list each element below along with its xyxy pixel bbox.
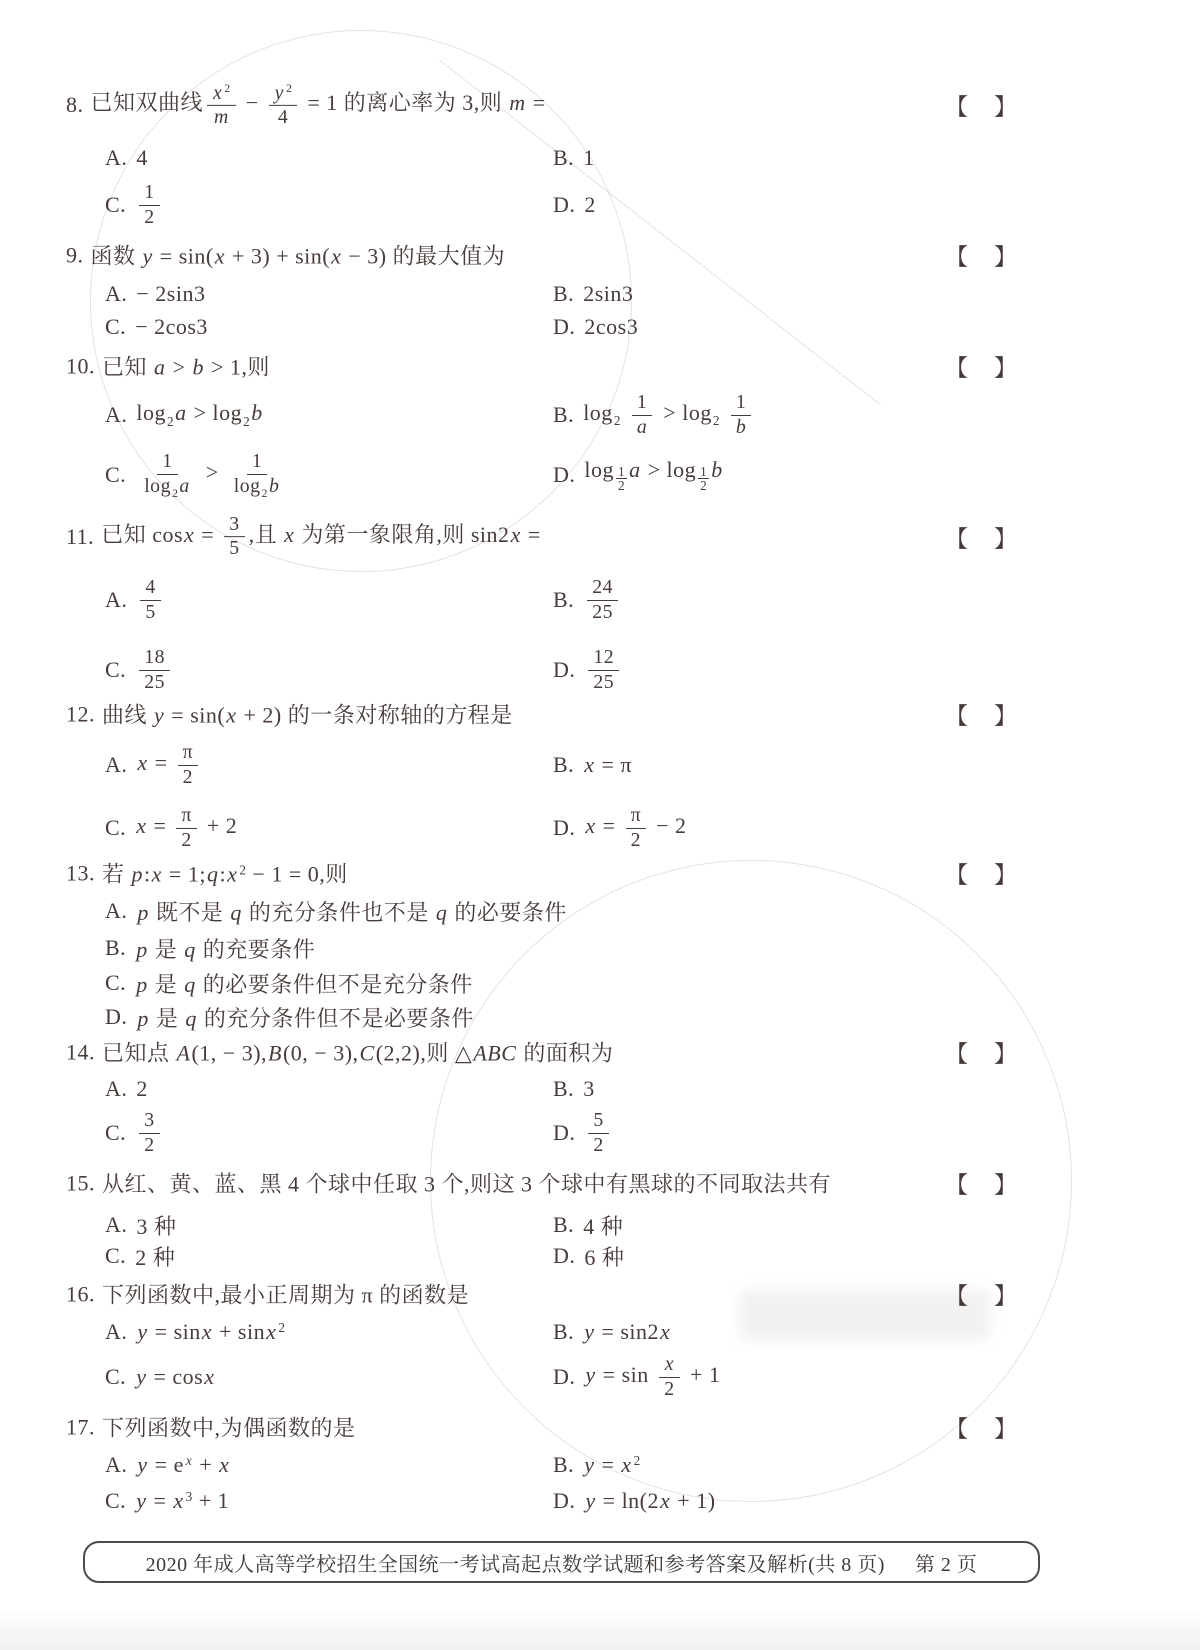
option-label: C. [105, 1364, 126, 1390]
question-10: 10.已知 a > b > 1,则【】 [0, 351, 1200, 381]
option-label: B. [553, 752, 574, 778]
question-8-option-a: A.4 [105, 145, 148, 171]
question-17-option-row: C.y = x3 + 1D.y = ln(2x + 1) [0, 1488, 1200, 1514]
question-15-option-c: C.2 种 [105, 1243, 175, 1269]
option-content: y = sin x2 + 1 [584, 1353, 720, 1401]
option-label: B. [553, 145, 574, 171]
option-content: 2425 [583, 576, 622, 624]
option-content: 2 [136, 1076, 148, 1102]
question-11-option-d: D.1225 [553, 642, 623, 698]
question-16-option-a: A.y = sinx + sinx2 [105, 1319, 285, 1345]
question-10-option-a: A.log2a > log2b [105, 387, 264, 443]
option-content: y = sin2x [583, 1319, 671, 1345]
question-13-option-d: D.p 是 q 的充分条件但不是必要条件 [105, 1004, 474, 1030]
question-16: 16.下列函数中,最小正周期为 π 的函数是【】 [0, 1279, 1200, 1309]
option-label: C. [105, 462, 126, 488]
bracket-open: 【 [945, 857, 968, 890]
question-10-option-row: C.1log2a > 1log2bD.log12a > log12b [0, 447, 1200, 503]
bracket-open: 【 [945, 521, 968, 554]
option-content: y = x3 + 1 [135, 1488, 229, 1514]
question-8-option-row: A.4B.1 [0, 145, 1200, 171]
question-12-stem-text: 曲线 y = sin(x + 2) 的一条对称轴的方程是 [102, 699, 513, 730]
option-content: 3 [583, 1076, 595, 1102]
option-label: A. [105, 752, 127, 778]
option-label: B. [553, 402, 574, 428]
question-16-option-row: C.y = cosxD.y = sin x2 + 1 [0, 1349, 1200, 1405]
question-8-option-d: D.2 [553, 177, 596, 233]
question-14-stem: 14.已知点 A(1, − 3),B(0, − 3),C(2,2),则 △ABC… [66, 1037, 613, 1068]
option-content: 1 [583, 145, 595, 171]
question-12-option-d: D.x = π2 − 2 [553, 800, 687, 856]
question-10-stem: 10.已知 a > b > 1,则 [66, 351, 270, 382]
question-16-option-d: D.y = sin x2 + 1 [553, 1349, 720, 1405]
option-content: x = π2 + 2 [135, 804, 237, 852]
question-15: 15.从红、黄、蓝、黑 4 个球中任取 3 个,则这 3 个球中有黑球的不同取法… [0, 1168, 1200, 1198]
option-label: D. [553, 1488, 575, 1514]
bracket-open: 【 [945, 350, 968, 383]
option-content: 4 [136, 145, 148, 171]
option-label: A. [105, 1452, 127, 1478]
question-11-stem: 11.已知 cosx = 35,且 x 为第一象限角,则 sin2x = [66, 513, 541, 561]
option-label: A. [105, 1212, 127, 1238]
question-10-option-b: B.log2 1a > log2 1b [553, 387, 756, 443]
question-12-number: 12. [66, 701, 95, 727]
question-13-option-row: A.p 既不是 q 的充分条件也不是 q 的必要条件 [0, 898, 1200, 924]
bracket-open: 【 [945, 1411, 968, 1444]
option-content: log12a > log12b [584, 457, 723, 494]
question-14-option-c: C.32 [105, 1105, 164, 1161]
option-content: 2sin3 [583, 281, 633, 307]
question-12-answer-brackets: 【】 [945, 698, 1017, 731]
question-13-stem: 13.若 p:x = 1;q:x2 − 1 = 0,则 [66, 858, 348, 889]
option-label: A. [105, 145, 127, 171]
bracket-open: 【 [945, 1036, 968, 1069]
option-label: D. [553, 657, 575, 683]
question-16-stem-text: 下列函数中,最小正周期为 π 的函数是 [102, 1279, 469, 1310]
question-15-option-d: D.6 种 [553, 1243, 624, 1269]
question-11-option-row: C.1825D.1225 [0, 642, 1200, 698]
option-label: A. [105, 587, 127, 613]
option-label: D. [553, 314, 575, 340]
question-13-stem-text: 若 p:x = 1;q:x2 − 1 = 0,则 [102, 858, 348, 889]
question-9-stem-text: 函数 y = sin(x + 3) + sin(x − 3) 的最大值为 [91, 240, 506, 271]
question-15-answer-brackets: 【】 [945, 1167, 1017, 1200]
question-9-option-a: A.− 2sin3 [105, 281, 205, 307]
question-10-answer-brackets: 【】 [945, 350, 1017, 383]
question-14-option-d: D.52 [553, 1105, 613, 1161]
option-label: D. [553, 1120, 575, 1146]
option-label: D. [553, 462, 575, 488]
option-label: C. [105, 1243, 126, 1269]
option-content: 32 [135, 1109, 163, 1157]
option-label: B. [105, 935, 126, 961]
option-label: C. [105, 1488, 126, 1514]
question-17-option-c: C.y = x3 + 1 [105, 1488, 229, 1514]
question-14-option-row: A.2B.3 [0, 1076, 1200, 1102]
option-content: log2a > log2b [136, 400, 263, 429]
question-16-option-c: C.y = cosx [105, 1349, 215, 1405]
option-content: log2 1a > log2 1b [583, 391, 756, 439]
question-13-number: 13. [66, 860, 95, 886]
question-11-stem-text: 已知 cosx = 35,且 x 为第一象限角,则 sin2x = [101, 513, 541, 561]
option-content: 4 种 [583, 1210, 623, 1241]
option-label: C. [105, 970, 126, 996]
question-16-stem: 16.下列函数中,最小正周期为 π 的函数是 [66, 1279, 469, 1310]
option-content: y = cosx [135, 1364, 215, 1390]
question-14-option-a: A.2 [105, 1076, 148, 1102]
page-footer-box: 2020 年成人高等学校招生全国统一考试高起点数学试题和参考答案及解析(共 8 … [83, 1541, 1040, 1583]
question-9-answer-brackets: 【】 [945, 239, 1017, 272]
question-11: 11.已知 cosx = 35,且 x 为第一象限角,则 sin2x =【】 [0, 509, 1200, 565]
question-15-option-b: B.4 种 [553, 1212, 623, 1238]
question-13: 13.若 p:x = 1;q:x2 − 1 = 0,则【】 [0, 858, 1200, 888]
question-14-stem-text: 已知点 A(1, − 3),B(0, − 3),C(2,2),则 △ABC 的面… [102, 1037, 613, 1068]
bracket-close: 】 [994, 89, 1017, 122]
question-11-answer-brackets: 【】 [945, 521, 1017, 554]
question-15-option-a: A.3 种 [105, 1212, 176, 1238]
question-8-stem: 8.已知双曲线x2m − y24 = 1 的离心率为 3,则 m = [66, 81, 546, 129]
bracket-open: 【 [945, 89, 968, 122]
option-label: B. [553, 587, 574, 613]
option-content: 2cos3 [584, 314, 638, 340]
question-12-stem: 12.曲线 y = sin(x + 2) 的一条对称轴的方程是 [66, 699, 513, 730]
question-14-number: 14. [66, 1039, 95, 1065]
option-content: p 是 q 的必要条件但不是充分条件 [135, 968, 473, 999]
question-10-option-c: C.1log2a > 1log2b [105, 447, 289, 503]
option-label: D. [553, 815, 575, 841]
option-content: 1825 [135, 646, 174, 694]
question-13-option-row: B.p 是 q 的充要条件 [0, 935, 1200, 961]
question-17-stem-text: 下列函数中,为偶函数的是 [102, 1412, 356, 1443]
question-10-stem-text: 已知 a > b > 1,则 [102, 351, 270, 382]
question-14: 14.已知点 A(1, − 3),B(0, − 3),C(2,2),则 △ABC… [0, 1037, 1200, 1067]
question-11-number: 11. [66, 524, 94, 550]
option-content: y = sinx + sinx2 [136, 1319, 285, 1345]
question-16-option-b: B.y = sin2x [553, 1319, 671, 1345]
exam-page: 8.已知双曲线x2m − y24 = 1 的离心率为 3,则 m =【】A.4B… [0, 0, 1200, 1650]
question-15-number: 15. [66, 1170, 95, 1196]
option-label: C. [105, 815, 126, 841]
option-label: B. [553, 1212, 574, 1238]
bracket-open: 【 [945, 698, 968, 731]
question-15-stem-text: 从红、黄、蓝、黑 4 个球中任取 3 个,则这 3 个球中有黑球的不同取法共有 [102, 1168, 831, 1199]
question-12-option-row: C.x = π2 + 2D.x = π2 − 2 [0, 800, 1200, 856]
option-content: 2 [584, 192, 596, 218]
bracket-close: 】 [994, 698, 1017, 731]
question-9-option-row: C.− 2cos3D.2cos3 [0, 314, 1200, 340]
question-8-option-b: B.1 [553, 145, 595, 171]
option-label: B. [553, 281, 574, 307]
question-13-option-row: C.p 是 q 的必要条件但不是充分条件 [0, 970, 1200, 996]
option-label: C. [105, 657, 126, 683]
bracket-close: 】 [994, 857, 1017, 890]
option-label: D. [553, 1364, 575, 1390]
question-9-option-d: D.2cos3 [553, 314, 638, 340]
question-17-option-a: A.y = ex + x [105, 1452, 230, 1478]
question-13-option-row: D.p 是 q 的充分条件但不是必要条件 [0, 1004, 1200, 1030]
option-content: 12 [135, 181, 163, 229]
option-label: C. [105, 192, 126, 218]
scan-artifact-shade [0, 1608, 1200, 1650]
question-9-number: 9. [66, 242, 84, 268]
option-content: p 是 q 的充分条件但不是必要条件 [136, 1002, 474, 1033]
bracket-close: 】 [994, 521, 1017, 554]
question-11-option-b: B.2425 [553, 572, 622, 628]
bracket-open: 【 [945, 239, 968, 272]
question-9: 9.函数 y = sin(x + 3) + sin(x − 3) 的最大值为【】 [0, 240, 1200, 270]
question-8-option-row: C.12D.2 [0, 177, 1200, 233]
question-14-option-row: C.32D.52 [0, 1105, 1200, 1161]
option-content: x = π [583, 752, 632, 778]
question-8-number: 8. [66, 92, 84, 118]
question-14-answer-brackets: 【】 [945, 1036, 1017, 1069]
question-10-option-d: D.log12a > log12b [553, 447, 724, 503]
option-content: 3 种 [136, 1210, 176, 1241]
option-label: D. [553, 1243, 575, 1269]
question-9-option-row: A.− 2sin3B.2sin3 [0, 281, 1200, 307]
bracket-open: 【 [945, 1278, 968, 1311]
option-label: B. [553, 1319, 574, 1345]
question-11-option-a: A.45 [105, 572, 165, 628]
bracket-close: 】 [994, 350, 1017, 383]
option-content: − 2cos3 [135, 314, 208, 340]
option-label: A. [105, 898, 127, 924]
option-label: A. [105, 1319, 127, 1345]
option-content: 45 [136, 576, 164, 624]
question-10-option-row: A.log2a > log2bB.log2 1a > log2 1b [0, 387, 1200, 443]
bracket-open: 【 [945, 1167, 968, 1200]
footer-page-number: 第 2 页 [915, 1548, 978, 1577]
option-content: p 既不是 q 的充分条件也不是 q 的必要条件 [136, 896, 567, 927]
question-17-option-row: A.y = ex + xB.y = x2 [0, 1452, 1200, 1478]
question-15-option-row: C.2 种D.6 种 [0, 1243, 1200, 1269]
option-label: A. [105, 1076, 127, 1102]
question-8-option-c: C.12 [105, 177, 164, 233]
option-label: A. [105, 281, 127, 307]
option-content: p 是 q 的充要条件 [135, 933, 315, 964]
option-content: y = ln(2x + 1) [584, 1488, 715, 1514]
question-13-option-c: C.p 是 q 的必要条件但不是充分条件 [105, 970, 473, 996]
option-content: 6 种 [584, 1241, 624, 1272]
question-13-option-a: A.p 既不是 q 的充分条件也不是 q 的必要条件 [105, 898, 567, 924]
question-12-option-b: B.x = π [553, 737, 632, 793]
question-13-option-b: B.p 是 q 的充要条件 [105, 935, 315, 961]
question-8-stem-text: 已知双曲线x2m − y24 = 1 的离心率为 3,则 m = [91, 81, 546, 129]
question-17-option-b: B.y = x2 [553, 1452, 641, 1478]
option-content: 1225 [584, 646, 623, 694]
bracket-close: 】 [994, 1036, 1017, 1069]
question-12: 12.曲线 y = sin(x + 2) 的一条对称轴的方程是【】 [0, 699, 1200, 729]
option-content: − 2sin3 [136, 281, 205, 307]
bracket-close: 】 [994, 1278, 1017, 1311]
option-label: D. [553, 192, 575, 218]
option-label: C. [105, 314, 126, 340]
question-16-option-row: A.y = sinx + sinx2B.y = sin2x [0, 1319, 1200, 1345]
option-content: x = π2 [136, 741, 202, 789]
option-label: B. [553, 1452, 574, 1478]
question-17-stem: 17.下列函数中,为偶函数的是 [66, 1412, 356, 1443]
question-13-answer-brackets: 【】 [945, 857, 1017, 890]
question-11-option-c: C.1825 [105, 642, 174, 698]
question-12-option-a: A.x = π2 [105, 737, 202, 793]
option-label: D. [105, 1004, 127, 1030]
question-10-number: 10. [66, 353, 95, 379]
question-16-answer-brackets: 【】 [945, 1278, 1017, 1311]
question-12-option-row: A.x = π2B.x = π [0, 737, 1200, 793]
question-14-option-b: B.3 [553, 1076, 595, 1102]
question-17: 17.下列函数中,为偶函数的是【】 [0, 1412, 1200, 1442]
option-label: C. [105, 1120, 126, 1146]
question-9-option-c: C.− 2cos3 [105, 314, 208, 340]
question-17-answer-brackets: 【】 [945, 1411, 1017, 1444]
question-15-option-row: A.3 种B.4 种 [0, 1212, 1200, 1238]
bracket-close: 】 [994, 239, 1017, 272]
question-12-option-c: C.x = π2 + 2 [105, 800, 237, 856]
option-content: 2 种 [135, 1241, 175, 1272]
option-label: A. [105, 402, 127, 428]
question-17-number: 17. [66, 1414, 95, 1440]
option-label: B. [553, 1076, 574, 1102]
question-15-stem: 15.从红、黄、蓝、黑 4 个球中任取 3 个,则这 3 个球中有黑球的不同取法… [66, 1168, 831, 1199]
bracket-close: 】 [994, 1167, 1017, 1200]
question-16-number: 16. [66, 1281, 95, 1307]
option-content: x = π2 − 2 [584, 804, 686, 852]
question-8-answer-brackets: 【】 [945, 89, 1017, 122]
footer-title: 2020 年成人高等学校招生全国统一考试高起点数学试题和参考答案及解析(共 8 … [146, 1548, 885, 1577]
question-11-option-row: A.45B.2425 [0, 572, 1200, 628]
question-8: 8.已知双曲线x2m − y24 = 1 的离心率为 3,则 m =【】 [0, 76, 1200, 134]
bracket-close: 】 [994, 1411, 1017, 1444]
option-content: 52 [584, 1109, 612, 1157]
option-content: y = ex + x [136, 1452, 230, 1478]
question-9-option-b: B.2sin3 [553, 281, 633, 307]
question-9-stem: 9.函数 y = sin(x + 3) + sin(x − 3) 的最大值为 [66, 240, 505, 271]
option-content: y = x2 [583, 1452, 641, 1478]
question-17-option-d: D.y = ln(2x + 1) [553, 1488, 716, 1514]
option-content: 1log2a > 1log2b [135, 450, 289, 499]
